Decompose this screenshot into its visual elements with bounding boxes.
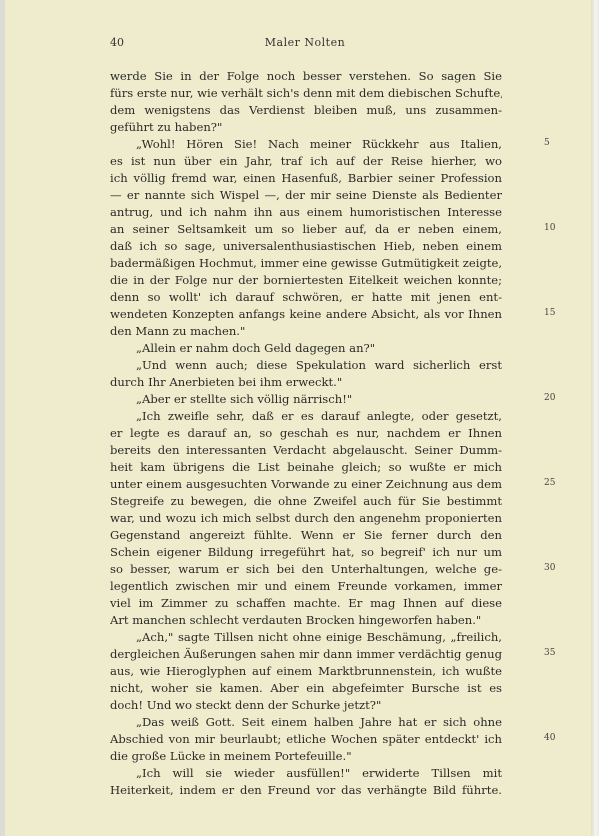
margin-line-number: 20 (544, 393, 555, 403)
margin-line-number: 5 (544, 138, 550, 148)
text-line: Gegenstand angereizt fühlte. Wenn er Sie… (110, 527, 502, 544)
text-line: er legte es darauf an, so geschah es nur… (110, 425, 502, 442)
text-line: fürs erste nur, wie verhält sich's denn … (110, 85, 502, 102)
text-line: dem wenigstens das Verdienst bleiben muß… (110, 102, 502, 119)
text-line: „Und wenn auch; diese Spekulation ward s… (110, 357, 502, 374)
text-line: „Allein er nahm doch Geld dagegen an?" (110, 340, 502, 357)
text-line: badermäßigen Hochmut, immer eine gewisse… (110, 255, 502, 272)
text-line: die große Lücke in meinem Portefeuille." (110, 748, 502, 765)
text-line: — er nannte sich Wispel —, der mir seine… (110, 187, 502, 204)
text-line: „Ich will sie wieder ausfüllen!" erwider… (110, 765, 502, 782)
text-line: Heiterkeit, indem er den Freund vor das … (110, 782, 502, 799)
text-line: nicht, woher sie kamen. Aber ein abgefei… (110, 680, 502, 697)
margin-line-number: 40 (544, 733, 555, 743)
book-page: 40 Maler Nolten werde Sie in der Folge n… (4, 0, 592, 836)
margin-line-number: 35 (544, 648, 555, 658)
text-line: dergleichen Äußerungen sahen mir dann im… (110, 646, 502, 663)
text-line: durch Ihr Anerbieten bei ihm erweckt." (110, 374, 502, 391)
text-line: ich völlig fremd war, einen Hasenfuß, Ba… (110, 170, 502, 187)
margin-line-number: 30 (544, 563, 555, 573)
text-line: Stegreife zu bewegen, die ohne Zweifel a… (110, 493, 502, 510)
text-line: so besser, warum er sich bei den Unterha… (110, 561, 502, 578)
text-line: aus, wie Hieroglyphen auf einem Marktbru… (110, 663, 502, 680)
page-header: 40 Maler Nolten (110, 36, 500, 52)
text-line: die in der Folge nur der borniertesten E… (110, 272, 502, 289)
text-line: „Aber er stellte sich völlig närrisch!" (110, 391, 502, 408)
text-line: denn so wollt' ich darauf schwören, er h… (110, 289, 502, 306)
text-line: wendeten Konzepten anfangs keine andere … (110, 306, 502, 323)
text-line: Art manchen schlecht verdauten Brocken h… (110, 612, 502, 629)
text-line: „Das weiß Gott. Seit einem halben Jahre … (110, 714, 502, 731)
page-edge-left (0, 0, 5, 836)
text-line: es ist nun über ein Jahr, traf ich auf d… (110, 153, 502, 170)
margin-line-number: 25 (544, 478, 555, 488)
text-line: werde Sie in der Folge noch besser verst… (110, 68, 502, 85)
body-text: werde Sie in der Folge noch besser verst… (110, 68, 502, 799)
text-line: war, und wozu ich mich selbst durch den … (110, 510, 502, 527)
text-line: „Ach," sagte Tillsen nicht ohne einige B… (110, 629, 502, 646)
text-line: Abschied von mir beurlaubt; etliche Woch… (110, 731, 502, 748)
text-line: den Mann zu machen." (110, 323, 502, 340)
margin-line-number: 10 (544, 223, 555, 233)
text-line: an seiner Seltsamkeit um so lieber auf, … (110, 221, 502, 238)
text-line: „Wohl! Hören Sie! Nach meiner Rückkehr a… (110, 136, 502, 153)
text-line: heit kam übrigens die List beinahe gleic… (110, 459, 502, 476)
text-line: doch! Und wo steckt denn der Schurke jet… (110, 697, 502, 714)
text-line: daß ich so sage, universalenthusiastisch… (110, 238, 502, 255)
margin-line-number: 15 (544, 308, 555, 318)
text-line: Schein eigener Bildung irregeführt hat, … (110, 544, 502, 561)
text-line: bereits den interessanten Verdacht abgel… (110, 442, 502, 459)
text-line: viel im Zimmer zu schaffen machte. Er ma… (110, 595, 502, 612)
text-line: antrug, und ich nahm ihn aus einem humor… (110, 204, 502, 221)
text-line: unter einem ausgesuchten Vorwande zu ein… (110, 476, 502, 493)
text-line: geführt zu haben?" (110, 119, 502, 136)
text-line: „Ich zweifle sehr, daß er es darauf anle… (110, 408, 502, 425)
page-edge-right (591, 0, 599, 836)
running-title: Maler Nolten (110, 36, 500, 49)
text-line: legentlich zwischen mir und einem Freund… (110, 578, 502, 595)
